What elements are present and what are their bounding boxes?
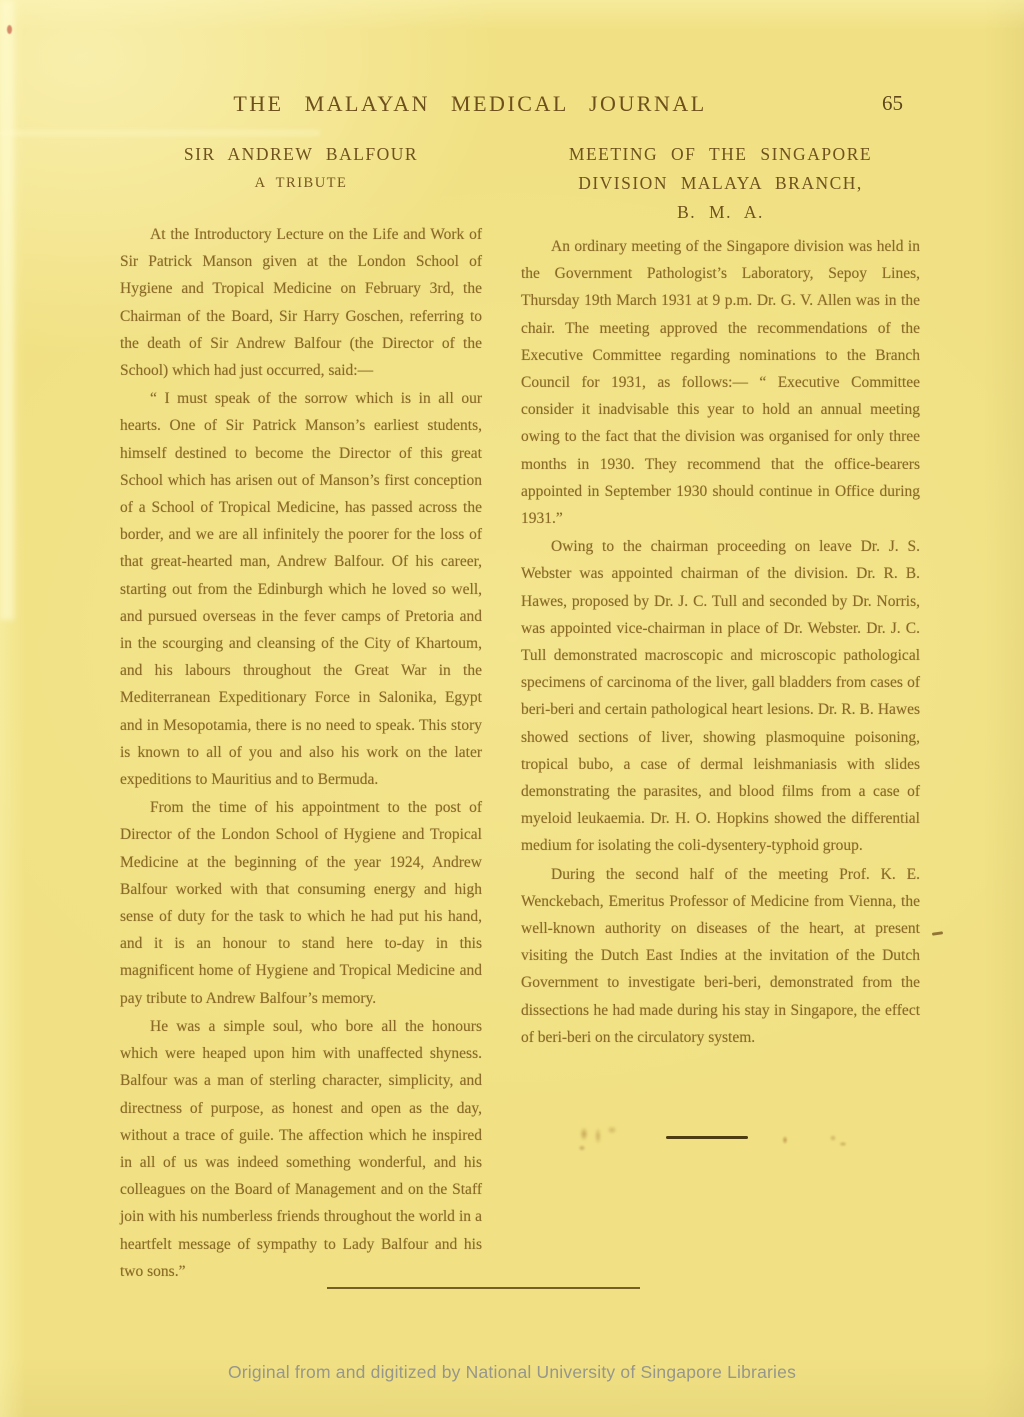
margin-mark [932, 931, 943, 936]
right-article: MEETING OF THE SINGAPORE DIVISION MALAYA… [521, 140, 920, 1051]
page-number: 65 [882, 91, 903, 116]
paragraph: “ I must speak of the sorrow which is in… [120, 385, 482, 793]
ink-smudge [826, 1130, 850, 1150]
right-article-title: MEETING OF THE SINGAPORE DIVISION MALAYA… [521, 140, 920, 227]
paragraph: Owing to the chairman proceeding on leav… [521, 533, 920, 859]
right-article-title-line: MEETING OF THE SINGAPORE [521, 140, 920, 169]
digitization-attribution: Original from and digitized by National … [0, 1362, 1024, 1383]
right-article-title-line: B. M. A. [521, 198, 920, 227]
article-end-rule [666, 1136, 748, 1139]
bottom-divider-rule [327, 1287, 640, 1289]
right-article-body: An ordinary meeting of the Singapore div… [521, 233, 920, 1051]
left-article-subtitle: A TRIBUTE [120, 170, 482, 196]
left-article: SIR ANDREW BALFOUR A TRIBUTE At the Intr… [120, 140, 482, 1285]
left-article-body: At the Introductory Lecture on the Life … [120, 221, 482, 1285]
paragraph: From the time of his appointment to the … [120, 794, 482, 1012]
right-article-title-line: DIVISION MALAYA BRANCH, [521, 169, 920, 198]
paragraph: An ordinary meeting of the Singapore div… [521, 233, 920, 532]
scan-band-artifact [0, 130, 320, 136]
paragraph: At the Introductory Lecture on the Life … [120, 221, 482, 384]
left-article-title: SIR ANDREW BALFOUR [120, 140, 482, 169]
ink-smudge [779, 1133, 791, 1147]
paragraph: During the second half of the meeting Pr… [521, 861, 920, 1051]
ink-smudge [574, 1122, 622, 1152]
scan-edge-artifact [0, 0, 14, 620]
ink-speck [7, 25, 12, 34]
paragraph: He was a simple soul, who bore all the h… [120, 1013, 482, 1285]
journal-title: THE MALAYAN MEDICAL JOURNAL [150, 91, 790, 117]
